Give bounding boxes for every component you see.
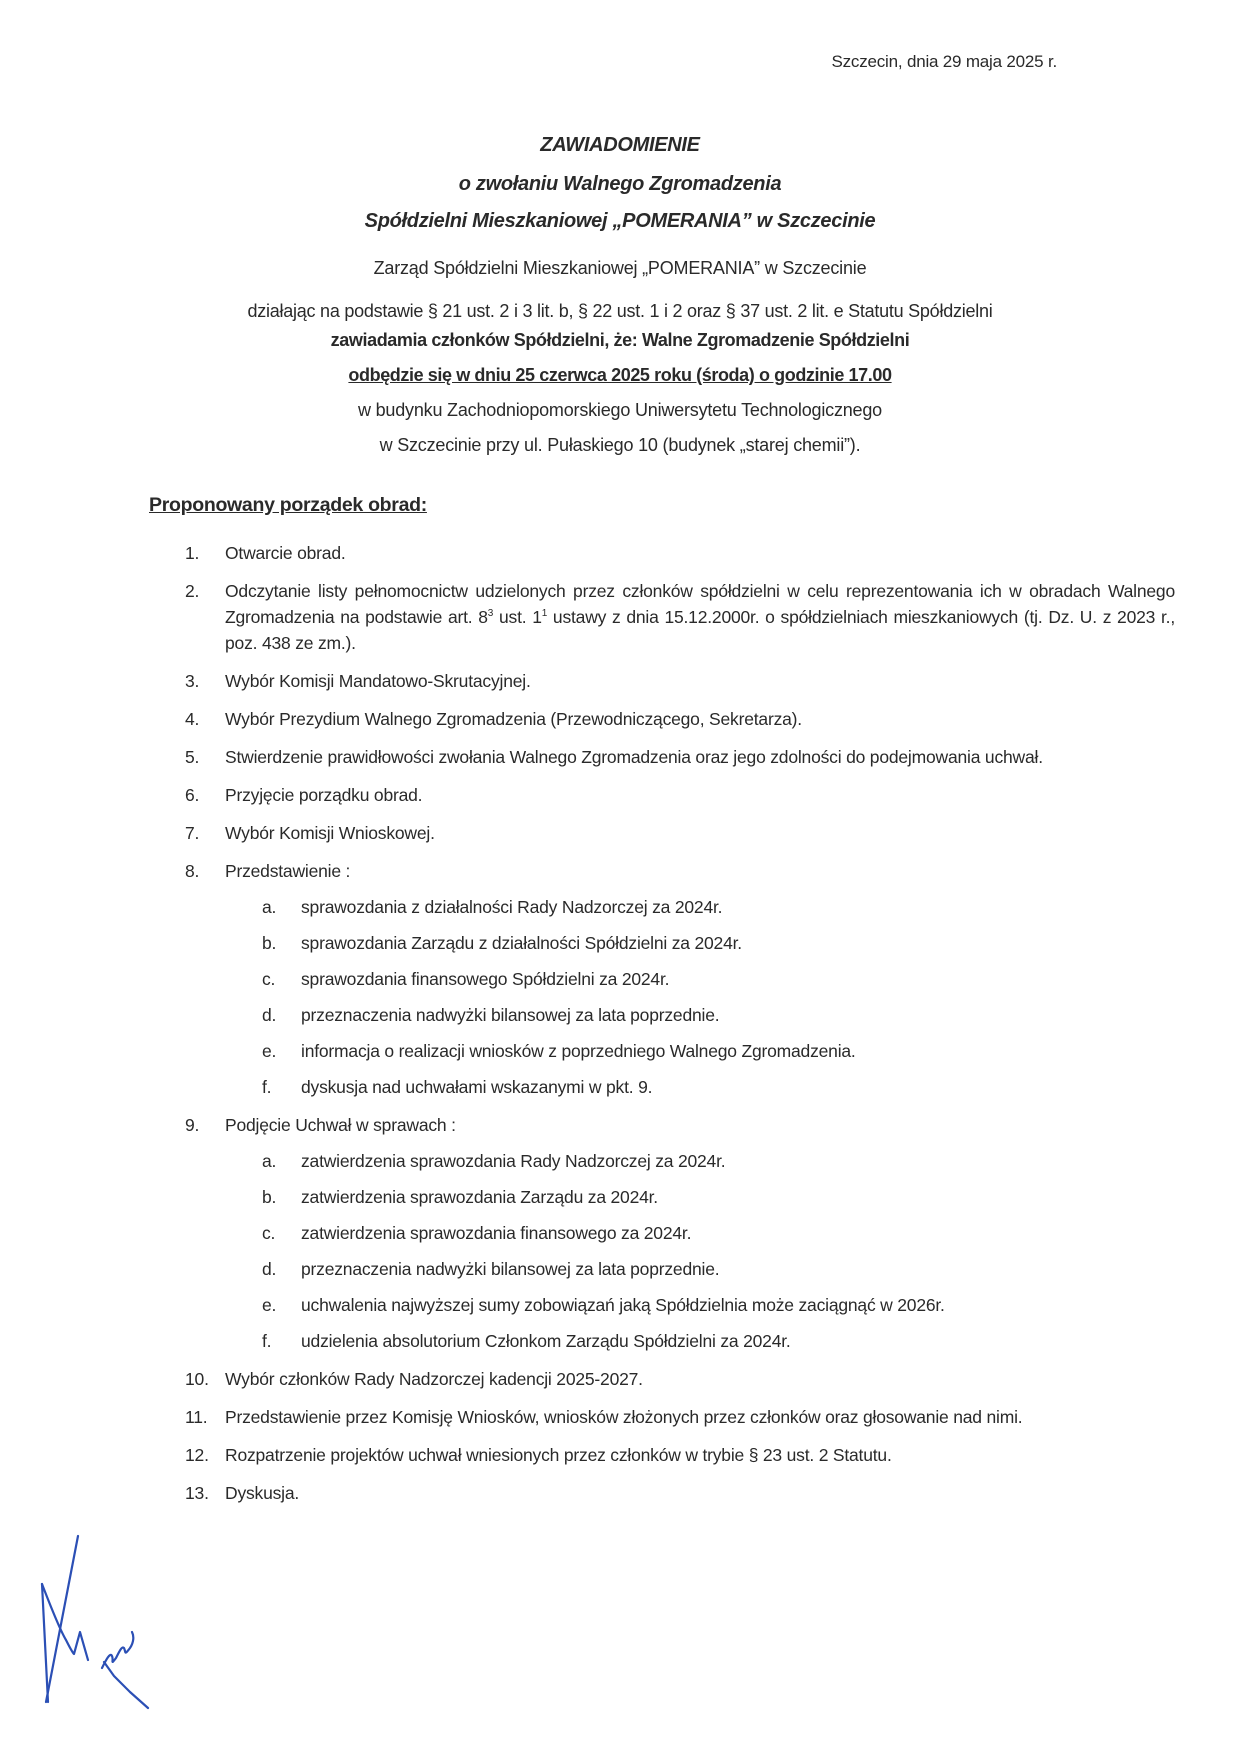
sub-item: c.zatwierdzenia sprawozdania finansowego…: [185, 1220, 1175, 1246]
item-text: Wybór Komisji Wnioskowej.: [225, 820, 1175, 846]
item-text: Stwierdzenie prawidłowości zwołania Waln…: [225, 744, 1175, 770]
item-number: 7.: [185, 820, 199, 846]
sub-text: zatwierdzenia sprawozdania finansowego z…: [301, 1223, 691, 1243]
item-text: Podjęcie Uchwał w sprawach :: [225, 1112, 1175, 1138]
sub-letter: a.: [262, 894, 276, 920]
sub-text: sprawozdania finansowego Spółdzielni za …: [301, 969, 669, 989]
sub-item: e.informacja o realizacji wniosków z pop…: [185, 1038, 1175, 1064]
sub-list: a.sprawozdania z działalności Rady Nadzo…: [225, 894, 1175, 1100]
agenda-item: 2. Odczytanie listy pełnomocnictw udziel…: [185, 578, 1175, 656]
item-text-part: ust. 1: [493, 607, 542, 627]
sub-letter: f.: [262, 1074, 271, 1100]
sub-letter: b.: [262, 930, 276, 956]
meeting-location-line2: w Szczecinie przy ul. Pułaskiego 10 (bud…: [0, 435, 1240, 456]
agenda-item: 7. Wybór Komisji Wnioskowej.: [185, 820, 1175, 846]
sub-item: f.udzielenia absolutorium Członkom Zarzą…: [185, 1328, 1175, 1354]
agenda-item: 10. Wybór członków Rady Nadzorczej kaden…: [185, 1366, 1175, 1392]
item-number: 6.: [185, 782, 199, 808]
sub-text: zatwierdzenia sprawozdania Rady Nadzorcz…: [301, 1151, 725, 1171]
handwritten-signature: [30, 1520, 160, 1710]
sub-letter: a.: [262, 1148, 276, 1174]
document-title: ZAWIADOMIENIE: [0, 134, 1240, 157]
notice-statement: zawiadamia członków Spółdzielni, że: Wal…: [0, 330, 1240, 351]
sub-letter: e.: [262, 1292, 276, 1318]
sub-item: b.zatwierdzenia sprawozdania Zarządu za …: [185, 1184, 1175, 1210]
agenda-item: 11. Przedstawienie przez Komisję Wnioskó…: [185, 1404, 1175, 1430]
sub-item: a.sprawozdania z działalności Rady Nadzo…: [185, 894, 1175, 920]
sub-letter: c.: [262, 1220, 275, 1246]
agenda-item: 3. Wybór Komisji Mandatowo-Skrutacyjnej.: [185, 668, 1175, 694]
sub-text: sprawozdania z działalności Rady Nadzorc…: [301, 897, 722, 917]
item-text: Przedstawienie przez Komisję Wniosków, w…: [225, 1404, 1175, 1430]
agenda-item: 8. Przedstawienie : a.sprawozdania z dzi…: [185, 858, 1175, 1100]
sub-item: e.uchwalenia najwyższej sumy zobowiązań …: [185, 1292, 1175, 1318]
item-number: 4.: [185, 706, 199, 732]
agenda-item: 4. Wybór Prezydium Walnego Zgromadzenia …: [185, 706, 1175, 732]
sub-item: d.przeznaczenia nadwyżki bilansowej za l…: [185, 1256, 1175, 1282]
item-text: Przyjęcie porządku obrad.: [225, 782, 1175, 808]
sub-letter: d.: [262, 1002, 276, 1028]
sub-text: udzielenia absolutorium Członkom Zarządu…: [301, 1331, 791, 1351]
meeting-location-line1: w budynku Zachodniopomorskiego Uniwersyt…: [0, 400, 1240, 421]
sub-text: przeznaczenia nadwyżki bilansowej za lat…: [301, 1259, 719, 1279]
agenda-heading: Proponowany porządek obrad:: [149, 494, 427, 517]
item-text: Wybór Komisji Mandatowo-Skrutacyjnej.: [225, 668, 1175, 694]
sub-letter: b.: [262, 1184, 276, 1210]
item-text: Wybór członków Rady Nadzorczej kadencji …: [225, 1366, 1175, 1392]
item-number: 12.: [185, 1442, 209, 1468]
item-text: Otwarcie obrad.: [225, 540, 1175, 566]
item-text: Odczytanie listy pełnomocnictw udzielony…: [225, 578, 1175, 656]
item-number: 1.: [185, 540, 199, 566]
item-number: 2.: [185, 578, 199, 604]
sub-letter: e.: [262, 1038, 276, 1064]
agenda-item: 13. Dyskusja.: [185, 1480, 1175, 1506]
item-number: 9.: [185, 1112, 199, 1138]
cooperative-name: Spółdzielni Mieszkaniowej „POMERANIA” w …: [0, 210, 1240, 233]
item-number: 3.: [185, 668, 199, 694]
item-number: 13.: [185, 1480, 209, 1506]
agenda-item: 5. Stwierdzenie prawidłowości zwołania W…: [185, 744, 1175, 770]
item-text: Rozpatrzenie projektów uchwał wniesionyc…: [225, 1442, 1175, 1468]
sub-letter: f.: [262, 1328, 271, 1354]
agenda-item: 12. Rozpatrzenie projektów uchwał wniesi…: [185, 1442, 1175, 1468]
sub-item: c.sprawozdania finansowego Spółdzielni z…: [185, 966, 1175, 992]
document-page: Szczecin, dnia 29 maja 2025 r. ZAWIADOMI…: [0, 0, 1240, 1754]
item-text: Wybór Prezydium Walnego Zgromadzenia (Pr…: [225, 706, 1175, 732]
item-text: Dyskusja.: [225, 1480, 1175, 1506]
sub-text: przeznaczenia nadwyżki bilansowej za lat…: [301, 1005, 719, 1025]
item-number: 11.: [185, 1404, 207, 1430]
sub-text: informacja o realizacji wniosków z poprz…: [301, 1041, 856, 1061]
agenda-list: 1. Otwarcie obrad. 2. Odczytanie listy p…: [185, 540, 1175, 1518]
agenda-item: 9. Podjęcie Uchwał w sprawach : a.zatwie…: [185, 1112, 1175, 1354]
sub-text: zatwierdzenia sprawozdania Zarządu za 20…: [301, 1187, 658, 1207]
meeting-date: odbędzie się w dniu 25 czerwca 2025 roku…: [0, 365, 1240, 386]
legal-basis: działając na podstawie § 21 ust. 2 i 3 l…: [0, 301, 1240, 322]
item-text: Przedstawienie :: [225, 858, 1175, 884]
item-number: 8.: [185, 858, 199, 884]
sub-text: dyskusja nad uchwałami wskazanymi w pkt.…: [301, 1077, 652, 1097]
sub-letter: d.: [262, 1256, 276, 1282]
sub-item: f.dyskusja nad uchwałami wskazanymi w pk…: [185, 1074, 1175, 1100]
sub-item: a.zatwierdzenia sprawozdania Rady Nadzor…: [185, 1148, 1175, 1174]
item-number: 5.: [185, 744, 199, 770]
sub-text: uchwalenia najwyższej sumy zobowiązań ja…: [301, 1295, 945, 1315]
sub-list: a.zatwierdzenia sprawozdania Rady Nadzor…: [225, 1148, 1175, 1354]
agenda-item: 1. Otwarcie obrad.: [185, 540, 1175, 566]
date-line: Szczecin, dnia 29 maja 2025 r.: [831, 52, 1057, 72]
sub-item: d.przeznaczenia nadwyżki bilansowej za l…: [185, 1002, 1175, 1028]
item-number: 10.: [185, 1366, 209, 1392]
document-subtitle: o zwołaniu Walnego Zgromadzenia: [0, 173, 1240, 196]
sub-letter: c.: [262, 966, 275, 992]
issuer-line: Zarząd Spółdzielni Mieszkaniowej „POMERA…: [0, 258, 1240, 279]
sub-text: sprawozdania Zarządu z działalności Spół…: [301, 933, 742, 953]
agenda-item: 6. Przyjęcie porządku obrad.: [185, 782, 1175, 808]
sub-item: b.sprawozdania Zarządu z działalności Sp…: [185, 930, 1175, 956]
